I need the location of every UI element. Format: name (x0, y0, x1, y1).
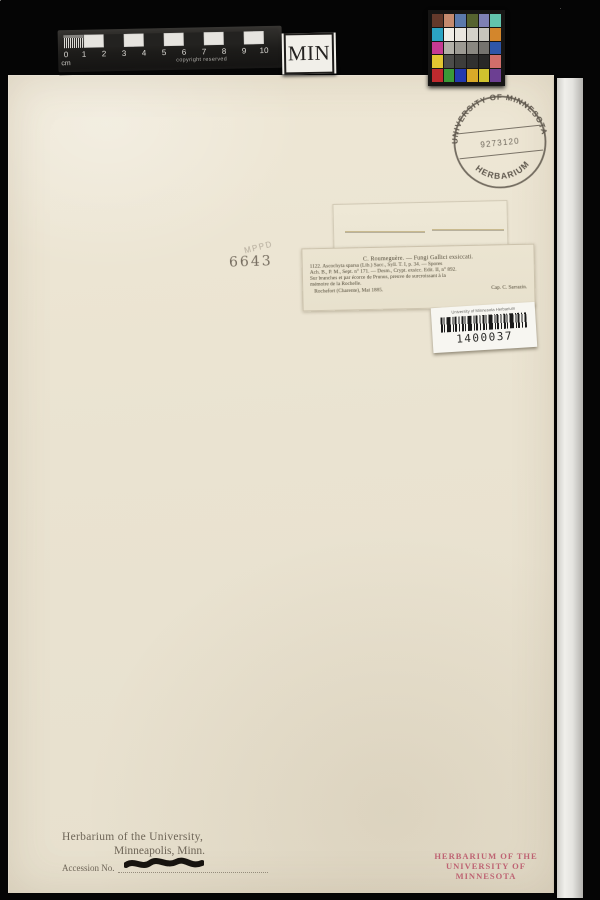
ruler-unit: cm (61, 60, 70, 67)
color-patch (490, 14, 501, 27)
ruler-copyright: copyright reserved (176, 57, 227, 63)
color-patch (455, 28, 466, 41)
ruler-number: 0 (64, 50, 69, 59)
color-patch (490, 42, 501, 55)
barcode (440, 312, 527, 332)
ruler-number: 3 (122, 49, 127, 58)
color-patch (467, 28, 478, 41)
stamp-top-text: UNIVERSITY OF MINNESOTA (446, 88, 549, 145)
ruler-number: 10 (260, 46, 269, 55)
photo-background: 0 1 2 3 4 5 6 7 8 9 10 cm copyright rese… (0, 0, 600, 900)
color-patch (444, 28, 455, 41)
color-patch (467, 42, 478, 55)
min-herbarium-code-card: MIN (282, 33, 337, 75)
dust-specks (0, 0, 1, 1)
ruler-number: 8 (222, 47, 227, 56)
label-locality-date: Rochefort (Charente), Mai 1885. (314, 287, 383, 294)
label-collector: Cap. C. Sarrazin. (491, 284, 527, 290)
color-patch (432, 14, 443, 27)
color-patch (455, 55, 466, 68)
color-patch (444, 69, 455, 82)
color-patch (479, 28, 490, 41)
purple-stamp-line2: UNIVERSITY OF MINNESOTA (416, 861, 556, 881)
color-checker (428, 10, 505, 86)
color-patch (467, 55, 478, 68)
ruler-number: 7 (202, 47, 207, 56)
svg-text:UNIVERSITY OF MINNESOTA: UNIVERSITY OF MINNESOTA (446, 88, 549, 145)
ruler-number: 5 (162, 48, 167, 57)
color-patch (467, 14, 478, 27)
color-patch (432, 69, 443, 82)
color-patch (444, 14, 455, 27)
packet-crease (432, 229, 504, 230)
purple-stamp-line1: HERBARIUM OF THE (416, 851, 556, 861)
min-code-label: MIN (284, 33, 335, 75)
color-patch (444, 55, 455, 68)
color-patch (479, 14, 490, 27)
specimen-label-text: C. Roumeguère. — Fungi Gallici exsiccati… (303, 252, 535, 295)
color-patch (490, 28, 501, 41)
institution-line1: Herbarium of the University, (62, 831, 268, 843)
ruler-number: 9 (242, 46, 247, 55)
accession-label: Accession No. (62, 863, 115, 873)
color-patch (479, 55, 490, 68)
accession-line: Accession No. (62, 863, 268, 873)
stamp-band-line (457, 125, 541, 134)
color-patch (432, 55, 443, 68)
color-patch (455, 42, 466, 55)
color-checker-grid (432, 14, 501, 82)
color-patch (432, 42, 443, 55)
adjacent-sheet-edge (557, 78, 583, 898)
color-patch (490, 55, 501, 68)
accession-scribble (124, 857, 204, 871)
university-round-stamp: UNIVERSITY OF MINNESOTA HERBARIUM 927312… (445, 87, 555, 197)
purple-ownership-stamp: HERBARIUM OF THE UNIVERSITY OF MINNESOTA (416, 851, 556, 881)
institution-line2: Minneapolis, Minn. (114, 845, 268, 857)
color-patch (444, 42, 455, 55)
institution-imprint: Herbarium of the University, Minneapolis… (62, 831, 268, 873)
color-patch (490, 69, 501, 82)
specimen-label: C. Roumeguère. — Fungi Gallici exsiccati… (301, 244, 535, 312)
series-number-stamp: 6643 (229, 253, 273, 271)
stamp-band-line (460, 150, 544, 159)
ruler-mm-segment (64, 35, 84, 48)
ruler-number: 4 (142, 48, 147, 57)
barcode-number: 1400037 (456, 329, 514, 345)
color-patch (479, 69, 490, 82)
ruler-number: 6 (182, 48, 187, 57)
ruler-number: 2 (102, 49, 107, 58)
color-patch (432, 28, 443, 41)
herbarium-sheet (8, 75, 554, 893)
ruler-band (64, 31, 264, 48)
color-patch (455, 69, 466, 82)
stamp-number: 9273120 (480, 136, 520, 149)
barcode-label: University of Minnesota Herbarium 140003… (431, 302, 538, 353)
color-patch (455, 14, 466, 27)
color-patch (467, 69, 478, 82)
color-patch (479, 42, 490, 55)
scale-ruler: 0 1 2 3 4 5 6 7 8 9 10 cm copyright rese… (58, 26, 283, 73)
packet-crease (345, 231, 425, 232)
ruler-number: 1 (82, 50, 87, 59)
